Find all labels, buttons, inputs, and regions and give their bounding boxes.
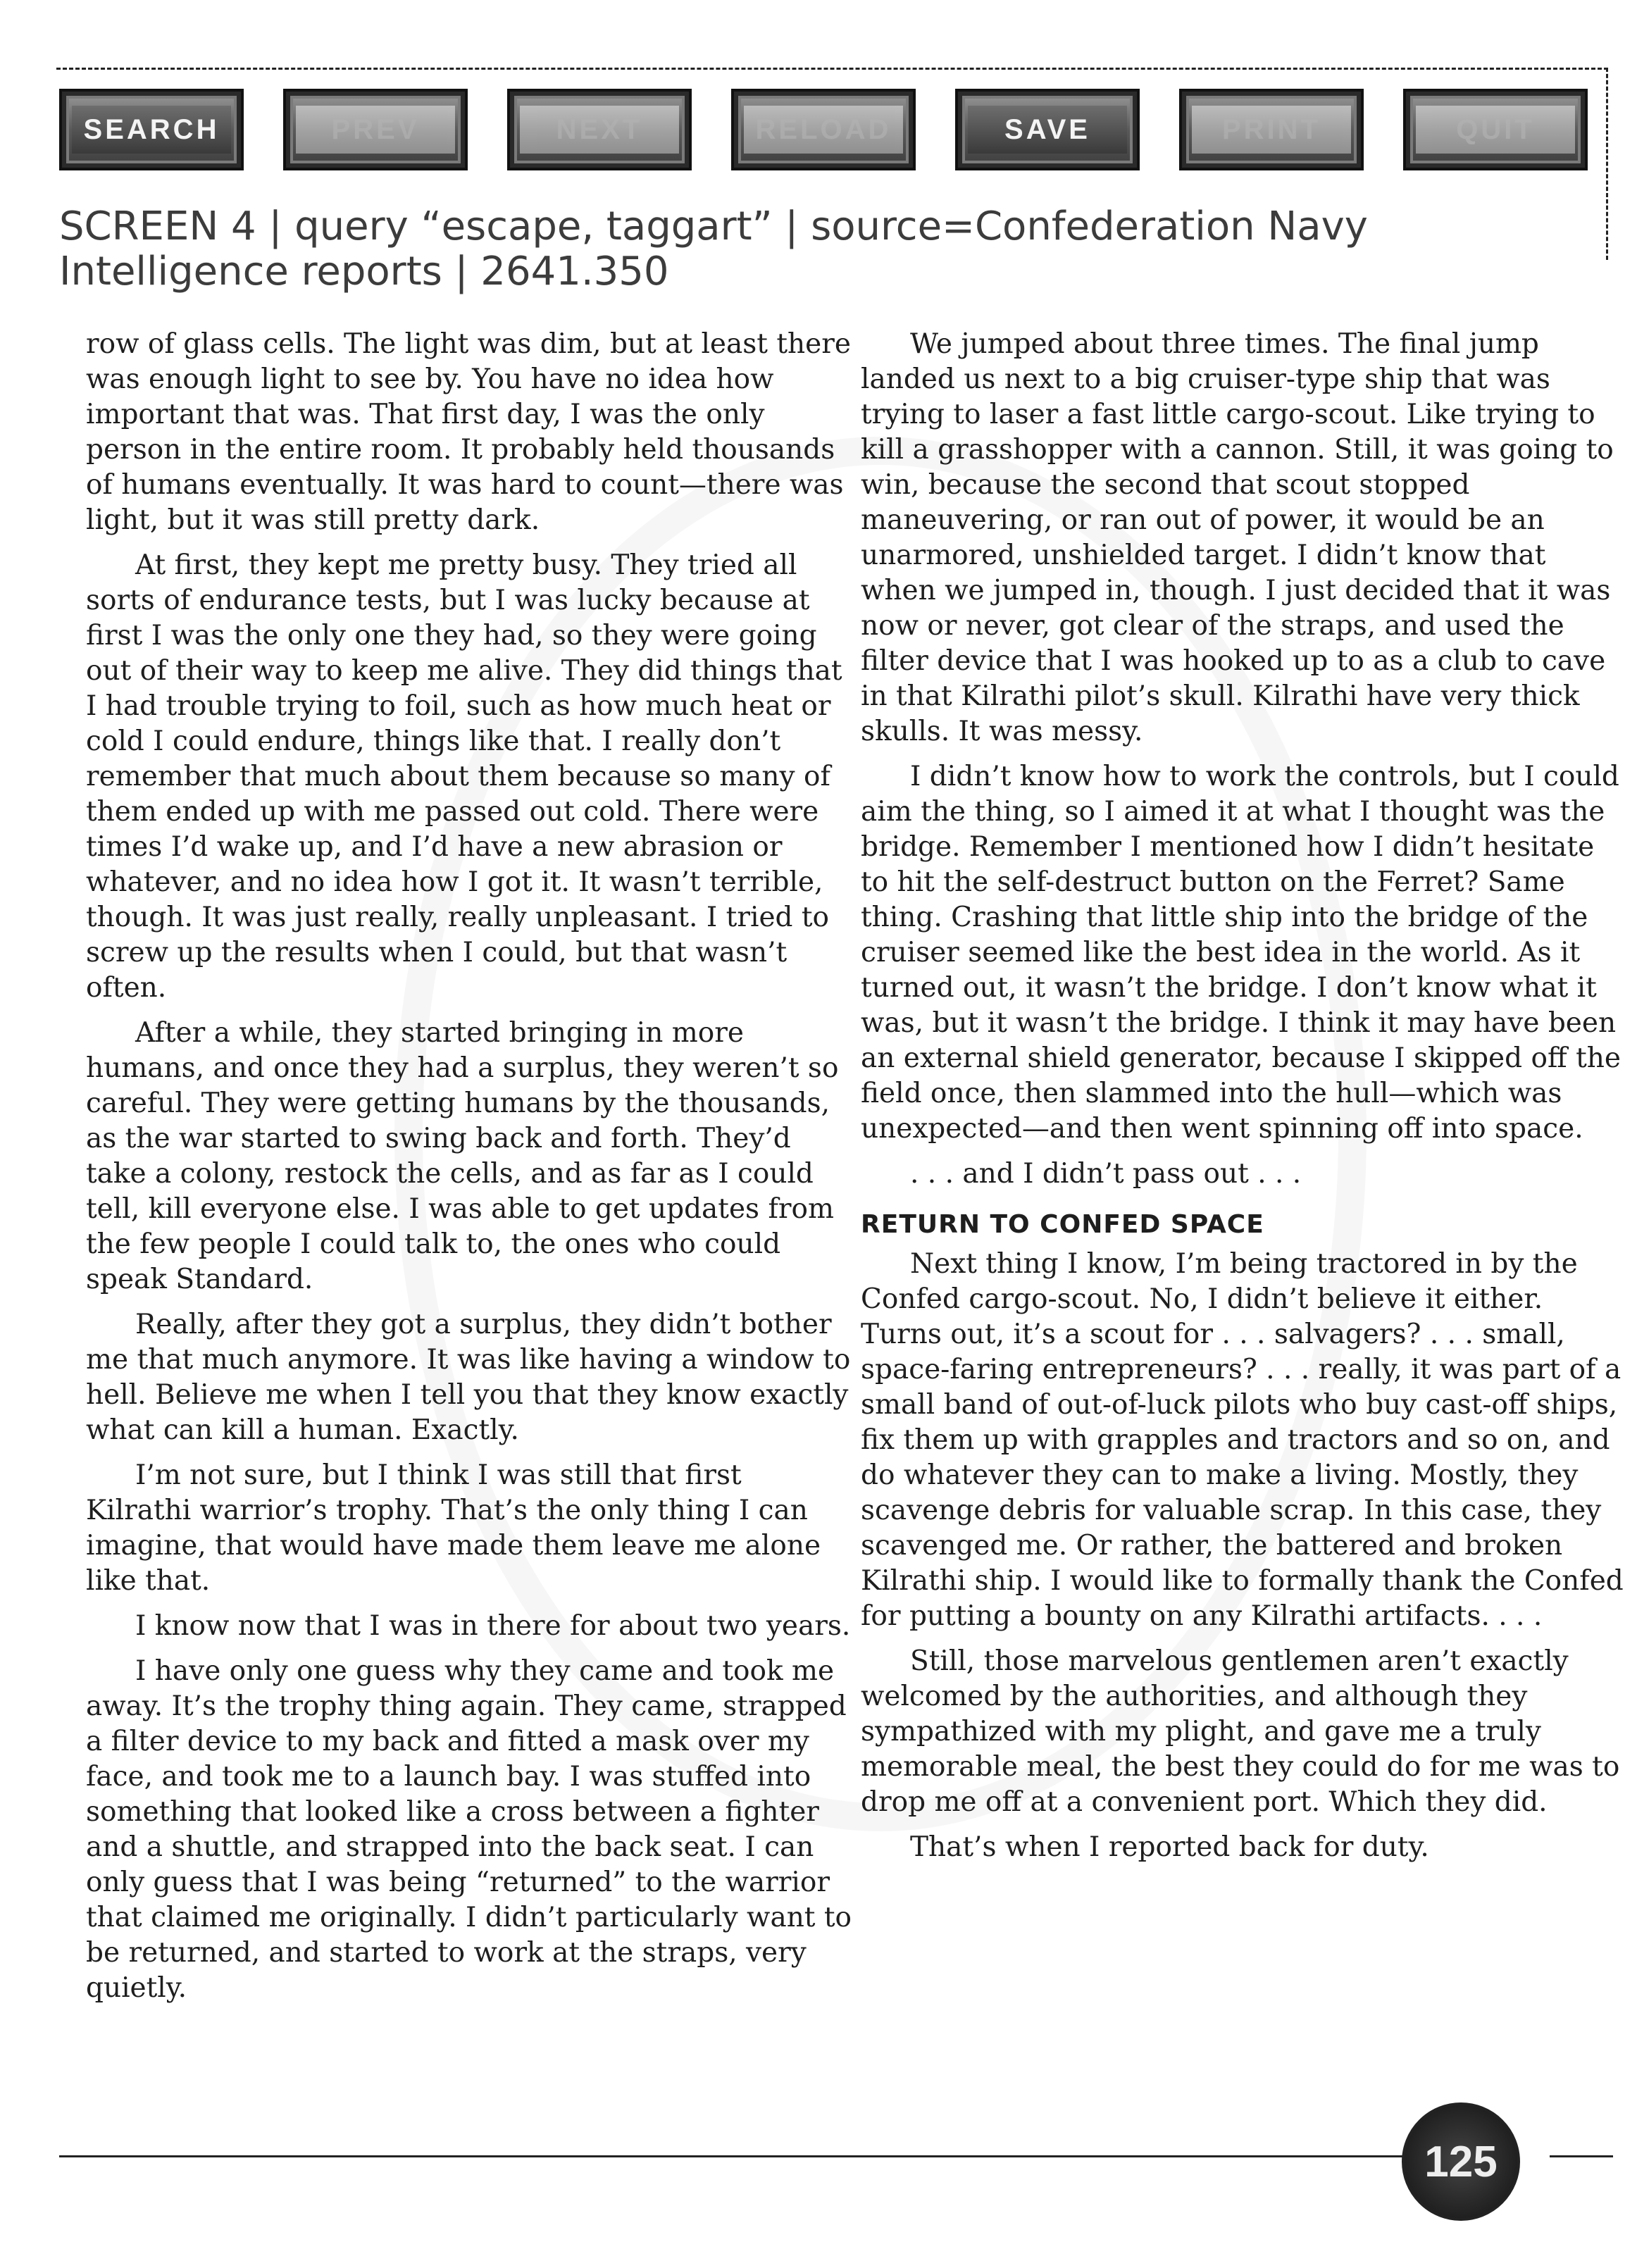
paragraph: Really, after they got a surplus, they d… xyxy=(86,1307,854,1448)
section-heading: RETURN TO CONFED SPACE xyxy=(861,1207,1629,1242)
left-column: row of glass cells. The light was dim, b… xyxy=(86,327,854,2016)
paragraph: At first, they kept me pretty busy. They… xyxy=(86,548,854,1006)
paragraph: . . . and I didn’t pass out . . . xyxy=(861,1157,1629,1192)
search-button-label: SEARCH xyxy=(72,106,231,154)
reload-button-label: RELOAD xyxy=(744,106,903,154)
reload-button[interactable]: RELOAD xyxy=(731,89,916,170)
paragraph: After a while, they started bringing in … xyxy=(86,1016,854,1297)
prev-button[interactable]: PREV xyxy=(283,89,468,170)
paragraph: I’m not sure, but I think I was still th… xyxy=(86,1458,854,1599)
next-button-label: NEXT xyxy=(520,106,679,154)
quit-button[interactable]: QUIT xyxy=(1403,89,1588,170)
title-line-2: Intelligence reports | 2641.350 xyxy=(59,249,1609,294)
search-button[interactable]: SEARCH xyxy=(59,89,244,170)
footer-rule xyxy=(59,2155,1412,2157)
save-button[interactable]: SAVE xyxy=(955,89,1140,170)
print-button[interactable]: PRINT xyxy=(1179,89,1364,170)
paragraph: I have only one guess why they came and … xyxy=(86,1654,854,2006)
page-number-badge: 125 xyxy=(1402,2102,1520,2221)
paragraph: That’s when I reported back for duty. xyxy=(861,1830,1629,1865)
print-button-label: PRINT xyxy=(1192,106,1351,154)
prev-button-label: PREV xyxy=(296,106,455,154)
quit-button-label: QUIT xyxy=(1416,106,1575,154)
next-button[interactable]: NEXT xyxy=(507,89,692,170)
save-button-label: SAVE xyxy=(968,106,1127,154)
paragraph: Next thing I know, I’m being tractored i… xyxy=(861,1247,1629,1634)
right-column: We jumped about three times. The final j… xyxy=(861,327,1629,1875)
paragraph: I didn’t know how to work the controls, … xyxy=(861,759,1629,1147)
footer-rule-right xyxy=(1550,2155,1613,2157)
paragraph: We jumped about three times. The final j… xyxy=(861,327,1629,749)
paragraph: I know now that I was in there for about… xyxy=(86,1609,854,1644)
title-line-1: SCREEN 4 | query “escape, taggart” | sou… xyxy=(59,204,1609,249)
page-title: SCREEN 4 | query “escape, taggart” | sou… xyxy=(59,204,1609,294)
paragraph: row of glass cells. The light was dim, b… xyxy=(86,327,854,538)
paragraph: Still, those marvelous gentlemen aren’t … xyxy=(861,1644,1629,1820)
page-number: 125 xyxy=(1424,2137,1497,2187)
toolbar: SEARCH PREV NEXT RELOAD SAVE PRINT QUIT xyxy=(59,89,1609,172)
